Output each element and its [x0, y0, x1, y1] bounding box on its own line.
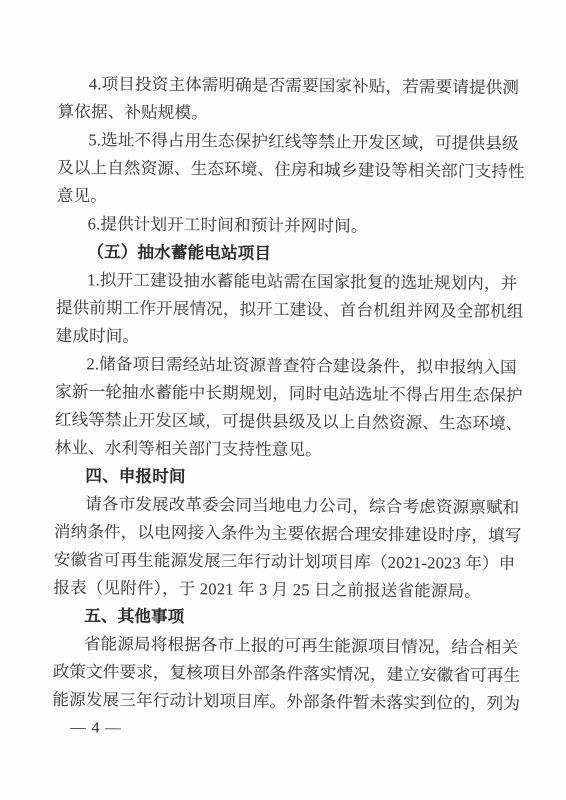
document-line: 报表（见附件），于 2021 年 3 月 25 日之前报送省能源局。 — [53, 574, 507, 606]
document-line: 2.储备项目需经站址资源普查符合建设条件，拟申报纳入国 — [55, 350, 509, 382]
document-line: 林业、水利等相关部门支持性意见。 — [55, 434, 509, 466]
section-heading: （五）抽水蓄能电站项目 — [56, 238, 510, 270]
document-line: 1.拟开工建设抽水蓄能电站需在国家批复的选址规划内，并 — [56, 266, 510, 298]
document-line: 能源发展三年行动计划项目库。外部条件暂未落实到位的，列为 — [52, 686, 506, 718]
document-line: 提供前期工作开展情况，拟开工建设、首台机组并网及全部机组 — [56, 294, 510, 326]
document-page: 4.项目投资主体需明确是否需要国家补贴，若需要请提供测算依据、补贴规模。5.选址… — [0, 0, 566, 800]
document-line: 请各市发展改革委会同当地电力公司，综合考虑资源禀赋和 — [54, 490, 508, 522]
document-line: 算依据、补贴规模。 — [58, 98, 512, 130]
document-line: 安徽省可再生能源发展三年行动计划项目库（2021-2023 年）申 — [54, 546, 508, 578]
document-line: 5.选址不得占用生态保护红线等禁止开发区域，可提供县级 — [57, 126, 511, 158]
document-line: 意见。 — [57, 182, 511, 214]
document-line: 建成时间。 — [56, 322, 510, 354]
document-body: 4.项目投资主体需明确是否需要国家补贴，若需要请提供测算依据、补贴规模。5.选址… — [52, 70, 512, 746]
section-heading: 四、申报时间 — [54, 462, 508, 494]
page-number: — 4 — — [52, 714, 506, 746]
document-line: 省能源局将根据各市上报的可再生能源项目情况，结合相关 — [53, 630, 507, 662]
section-heading: 五、其他事项 — [53, 602, 507, 634]
document-line: 红线等禁止开发区域，可提供县级及以上自然资源、生态环境、 — [55, 406, 509, 438]
document-line: 6.提供计划开工时间和预计并网时间。 — [57, 210, 511, 242]
document-line: 政策文件要求，复核项目外部条件落实情况，建立安徽省可再生 — [53, 658, 507, 690]
document-line: 4.项目投资主体需明确是否需要国家补贴，若需要请提供测 — [58, 70, 512, 102]
document-line: 及以上自然资源、生态环境、住房和城乡建设等相关部门支持性 — [57, 154, 511, 186]
document-line: 家新一轮抽水蓄能中长期规划，同时电站选址不得占用生态保护 — [55, 378, 509, 410]
document-line: 消纳条件，以电网接入条件为主要依据合理安排建设时序，填写 — [54, 518, 508, 550]
